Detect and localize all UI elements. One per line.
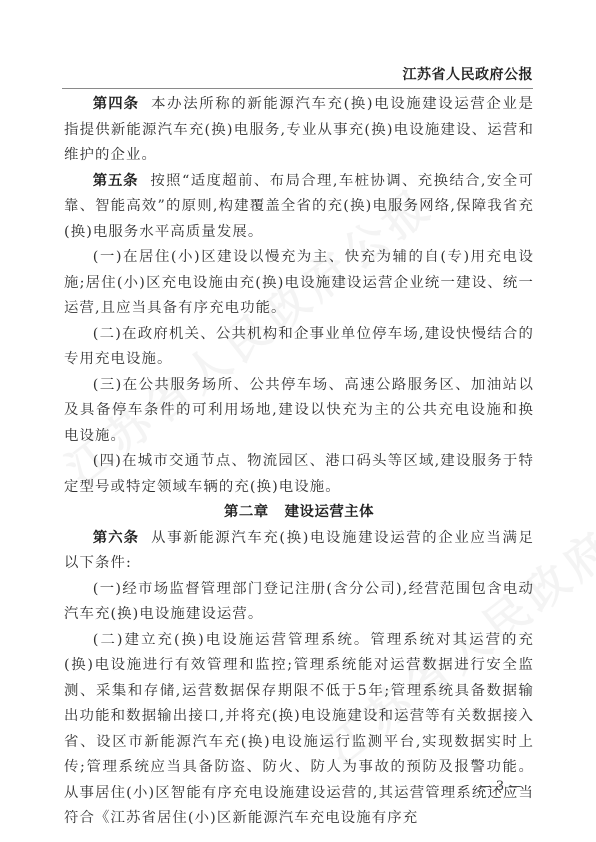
chapter-heading: 第二章建设运营主体 (64, 500, 534, 526)
article-6: 第六条从事新能源汽车充(换)电设施建设运营的企业应当满足以下条件: (64, 526, 534, 577)
article-5-item-4: (四)在城市交通节点、物流园区、港口码头等区域,建设服务于特定型号或特定领域车辆… (64, 449, 534, 500)
article-6-item-2: (二)建立充(换)电设施运营管理系统。管理系统对其运营的充(换)电设施进行有效管… (64, 628, 534, 832)
document-body: 第四条本办法所称的新能源汽车充(换)电设施建设运营企业是指提供新能源汽车充(换)… (64, 92, 534, 832)
article-6-item-1: (一)经市场监督管理部门登记注册(含分公司),经营范围包含电动汽车充(换)电设施… (64, 577, 534, 628)
chapter-number: 第二章 (224, 504, 269, 520)
article-5-item-1: (一)在居住(小)区建设以慢充为主、快充为辅的自(专)用充电设施;居住(小)区充… (64, 245, 534, 322)
article-5-item-2: (二)在政府机关、公共机构和企事业单位停车场,建设快慢结合的专用充电设施。 (64, 322, 534, 373)
chapter-title: 建设运营主体 (285, 504, 374, 520)
article-label: 第四条 (93, 96, 139, 112)
article-label: 第六条 (93, 530, 139, 546)
article-5: 第五条按照“适度超前、布局合理,车桩协调、充换结合,安全可靠、智能高效”的原则,… (64, 169, 534, 246)
article-5-item-3: (三)在公共服务场所、公共停车场、高速公路服务区、加油站以及具备停车条件的可利用… (64, 373, 534, 450)
publication-title: 江苏省人民政府公报 (403, 64, 534, 84)
article-label: 第五条 (93, 173, 139, 189)
page-number: — 3 — (470, 779, 530, 794)
page-header: 江苏省人民政府公报 (62, 62, 533, 89)
article-4: 第四条本办法所称的新能源汽车充(换)电设施建设运营企业是指提供新能源汽车充(换)… (64, 92, 534, 169)
